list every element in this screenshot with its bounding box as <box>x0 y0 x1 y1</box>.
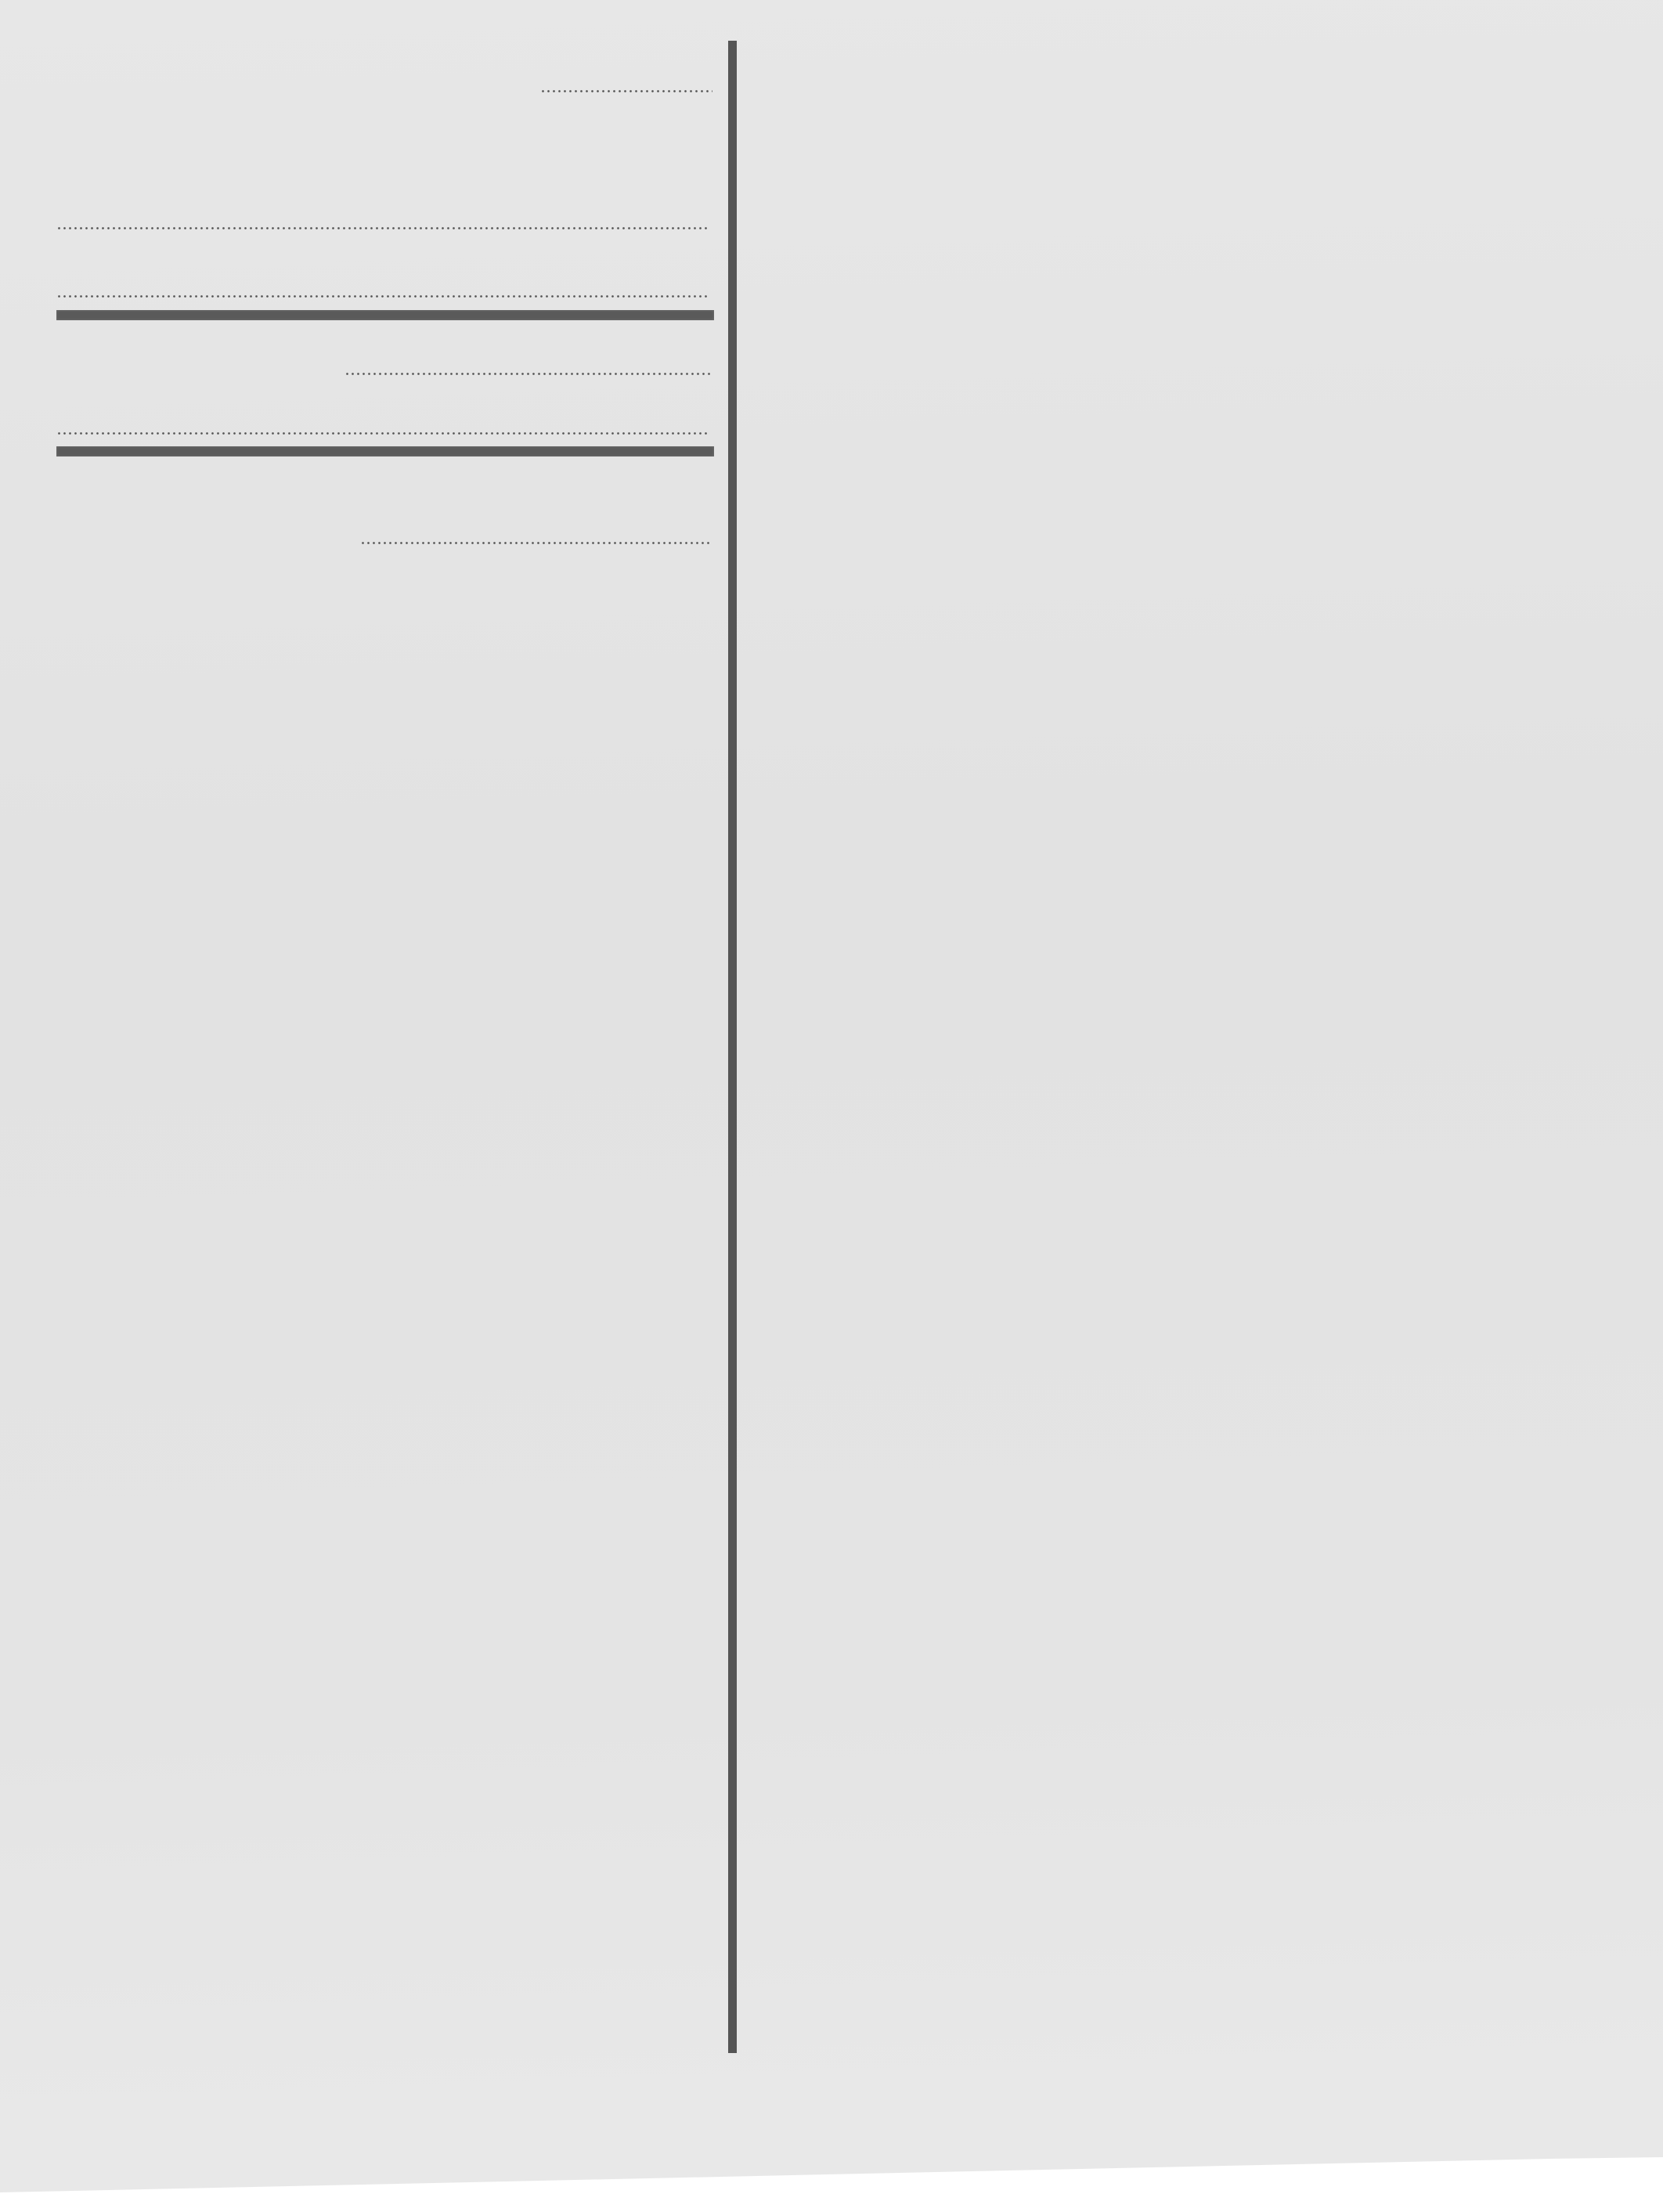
dotted-line <box>345 373 712 375</box>
dotted-line <box>56 227 710 229</box>
section-rule <box>56 446 714 456</box>
dotted-line <box>540 90 712 92</box>
document-paper <box>0 0 1663 2212</box>
column-divider <box>728 41 737 2053</box>
dotted-line <box>56 432 710 435</box>
section-rule <box>56 310 714 320</box>
dotted-line <box>360 542 712 544</box>
dotted-line <box>56 295 710 298</box>
